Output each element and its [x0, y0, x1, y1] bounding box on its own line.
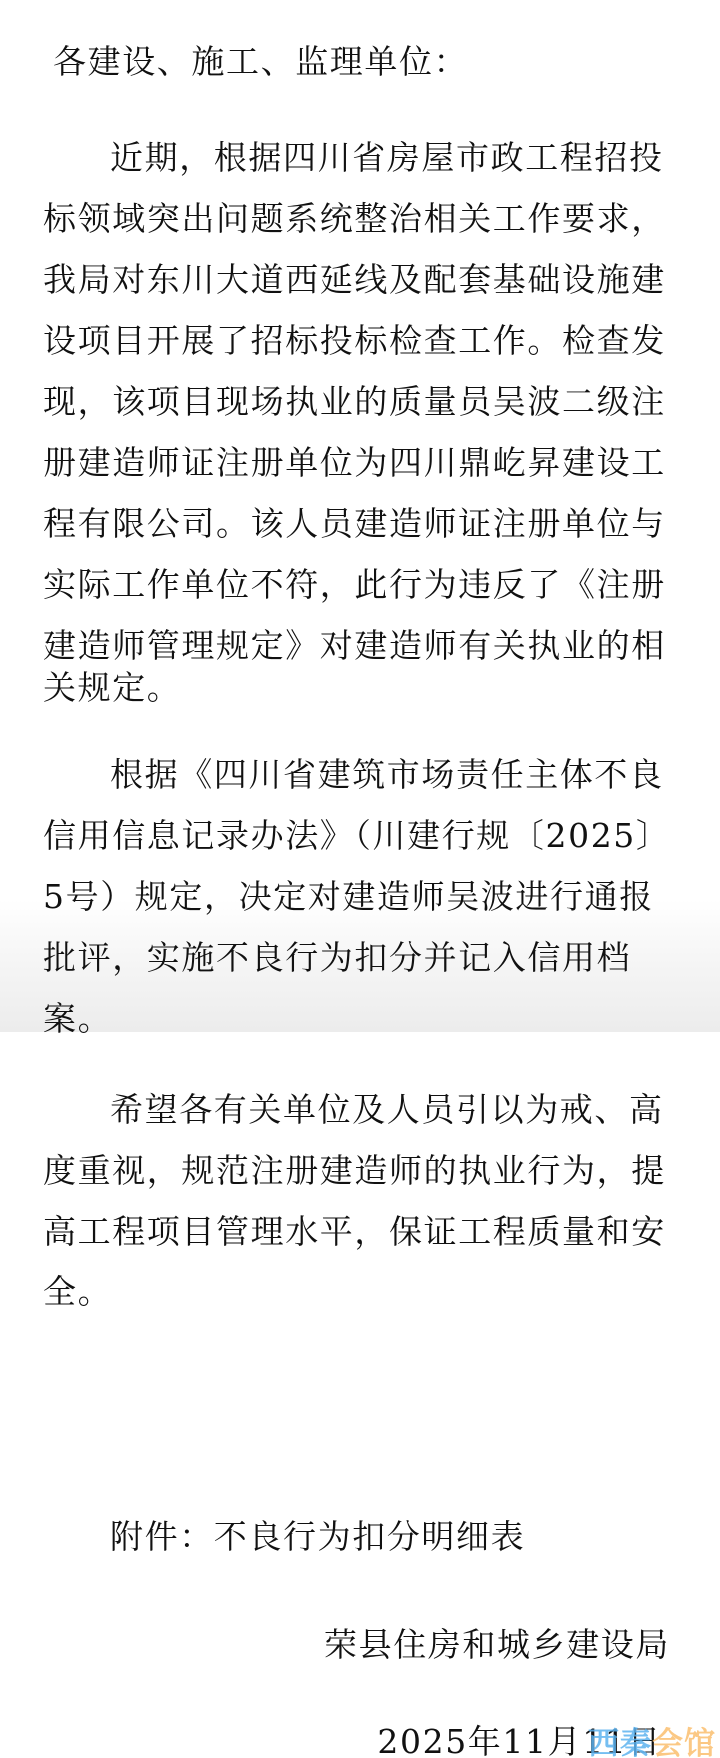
paragraph-line: 高工程项目管理水平，保证工程质量和安 [43, 1212, 666, 1252]
paragraph-line: 全。 [43, 1272, 112, 1312]
paragraph-line: 信用信息记录办法》（川建行规〔2025〕 [43, 816, 670, 856]
issuer-name: 荣县住房和城乡建设局 [324, 1625, 670, 1665]
document-page: 各建设、施工、监理单位： 近期，根据四川省房屋市政工程招投 标领域突出问题系统整… [0, 0, 720, 1758]
paragraph-line: 实际工作单位不符，此行为违反了《注册 [43, 565, 666, 605]
paragraph-line: 设项目开展了招标投标检查工作。检查发 [43, 321, 666, 361]
attachment-line: 附件：不良行为扣分明细表 [110, 1517, 525, 1557]
paragraph-line: 程有限公司。该人员建造师证注册单位与 [43, 504, 666, 544]
paragraph-line: 我局对东川大道西延线及配套基础设施建 [43, 260, 666, 300]
salutation: 各建设、施工、监理单位： [53, 42, 468, 82]
paragraph-line: 希望各有关单位及人员引以为戒、高 [110, 1090, 664, 1130]
site-watermark-logo: 西秦会馆 [588, 1718, 716, 1758]
paragraph-line: 案。 [43, 999, 112, 1039]
paragraph-line: 现，该项目现场执业的质量员吴波二级注 [43, 382, 666, 422]
paragraph-line: 根据《四川省建筑市场责任主体不良 [110, 755, 664, 795]
paragraph-line: 度重视，规范注册建造师的执业行为，提 [43, 1151, 666, 1191]
paragraph-line: 批评，实施不良行为扣分并记入信用档 [43, 938, 631, 978]
paragraph-line: 册建造师证注册单位为四川鼎屹昇建设工 [43, 443, 666, 483]
paragraph-line: 建造师管理规定》对建造师有关执业的相 [43, 626, 666, 666]
paragraph-line: 近期，根据四川省房屋市政工程招投 [110, 138, 664, 178]
paragraph-line: 标领域突出问题系统整治相关工作要求， [43, 199, 666, 239]
paragraph-line: 关规定。 [43, 668, 181, 708]
watermark-part-2: 会馆 [652, 1726, 716, 1758]
paragraph-line: 5号）规定，决定对建造师吴波进行通报 [43, 877, 654, 917]
watermark-part-1: 西秦 [588, 1726, 652, 1758]
